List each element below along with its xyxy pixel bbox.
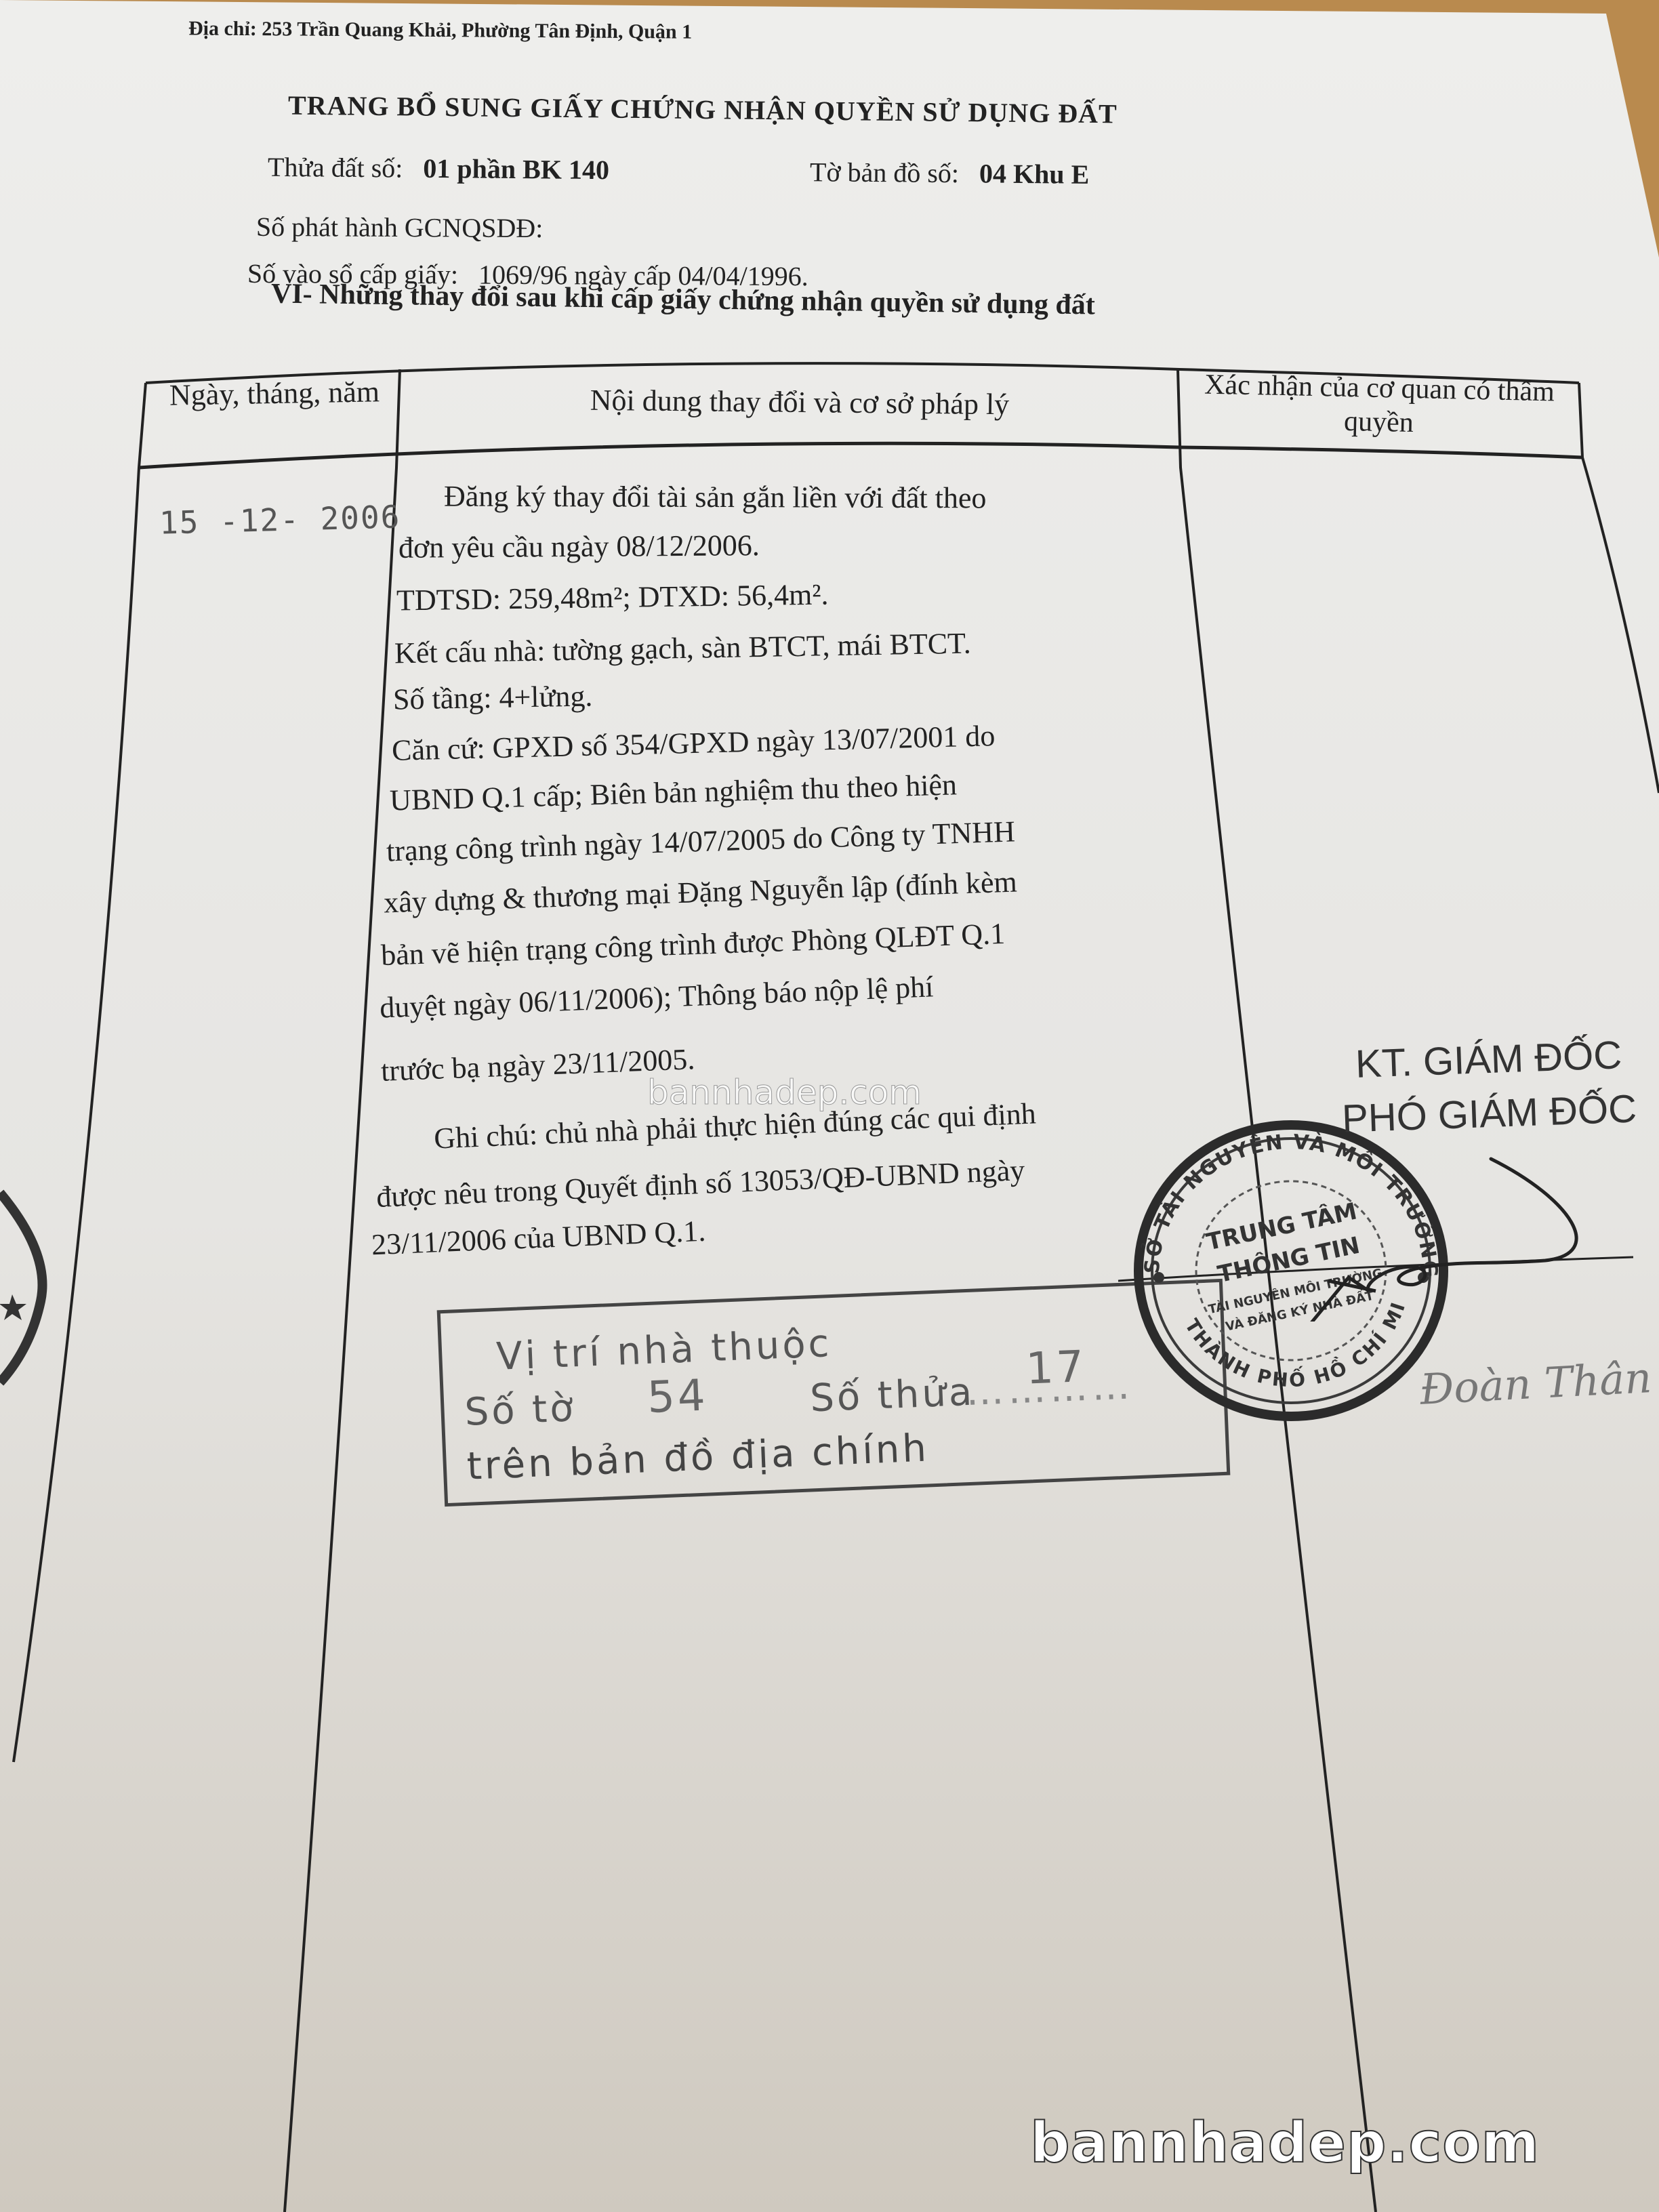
column-divider-1 — [285, 369, 400, 2212]
left-border — [14, 383, 146, 1762]
header-bottom-border — [139, 443, 1582, 468]
partial-seal-icon — [0, 1179, 54, 1396]
location-sheet-label: Số tờ — [464, 1386, 576, 1435]
header-content: Nội dung thay đổi và cơ sở pháp lý — [434, 381, 1166, 424]
content-line: đơn yêu cầu ngày 08/12/2006. — [398, 531, 760, 563]
authority-title-1: KT. GIÁM ĐỐC — [1355, 1032, 1622, 1087]
content-line: Số tầng: 4+lửng. — [393, 681, 593, 714]
watermark-inline: bannhadep.com — [647, 1073, 922, 1112]
signature-icon — [1288, 1145, 1659, 1322]
content-line: TDTSD: 259,48m²; DTXD: 56,4m². — [396, 580, 829, 616]
watermark-corner: bannhadep.com — [1030, 2111, 1540, 2175]
right-border — [1579, 383, 1659, 793]
location-sheet-value: 54 — [647, 1370, 709, 1423]
location-stamp-line3: trên bản đồ địa chính — [466, 1426, 930, 1488]
content-line: Đăng ký thay đổi tài sản gắn liền với đấ… — [444, 482, 987, 514]
header-authority: Xác nhận của cơ quan có thẩm quyền — [1175, 367, 1583, 444]
date-stamp: 15 -12- 2006 — [159, 498, 401, 541]
location-stamp-line1: Vị trí nhà thuộc — [495, 1322, 832, 1379]
location-parcel-value: 17 — [1025, 1342, 1087, 1395]
location-parcel-label: Số thửa — [809, 1370, 975, 1421]
header-date: Ngày, tháng, năm — [146, 374, 404, 414]
